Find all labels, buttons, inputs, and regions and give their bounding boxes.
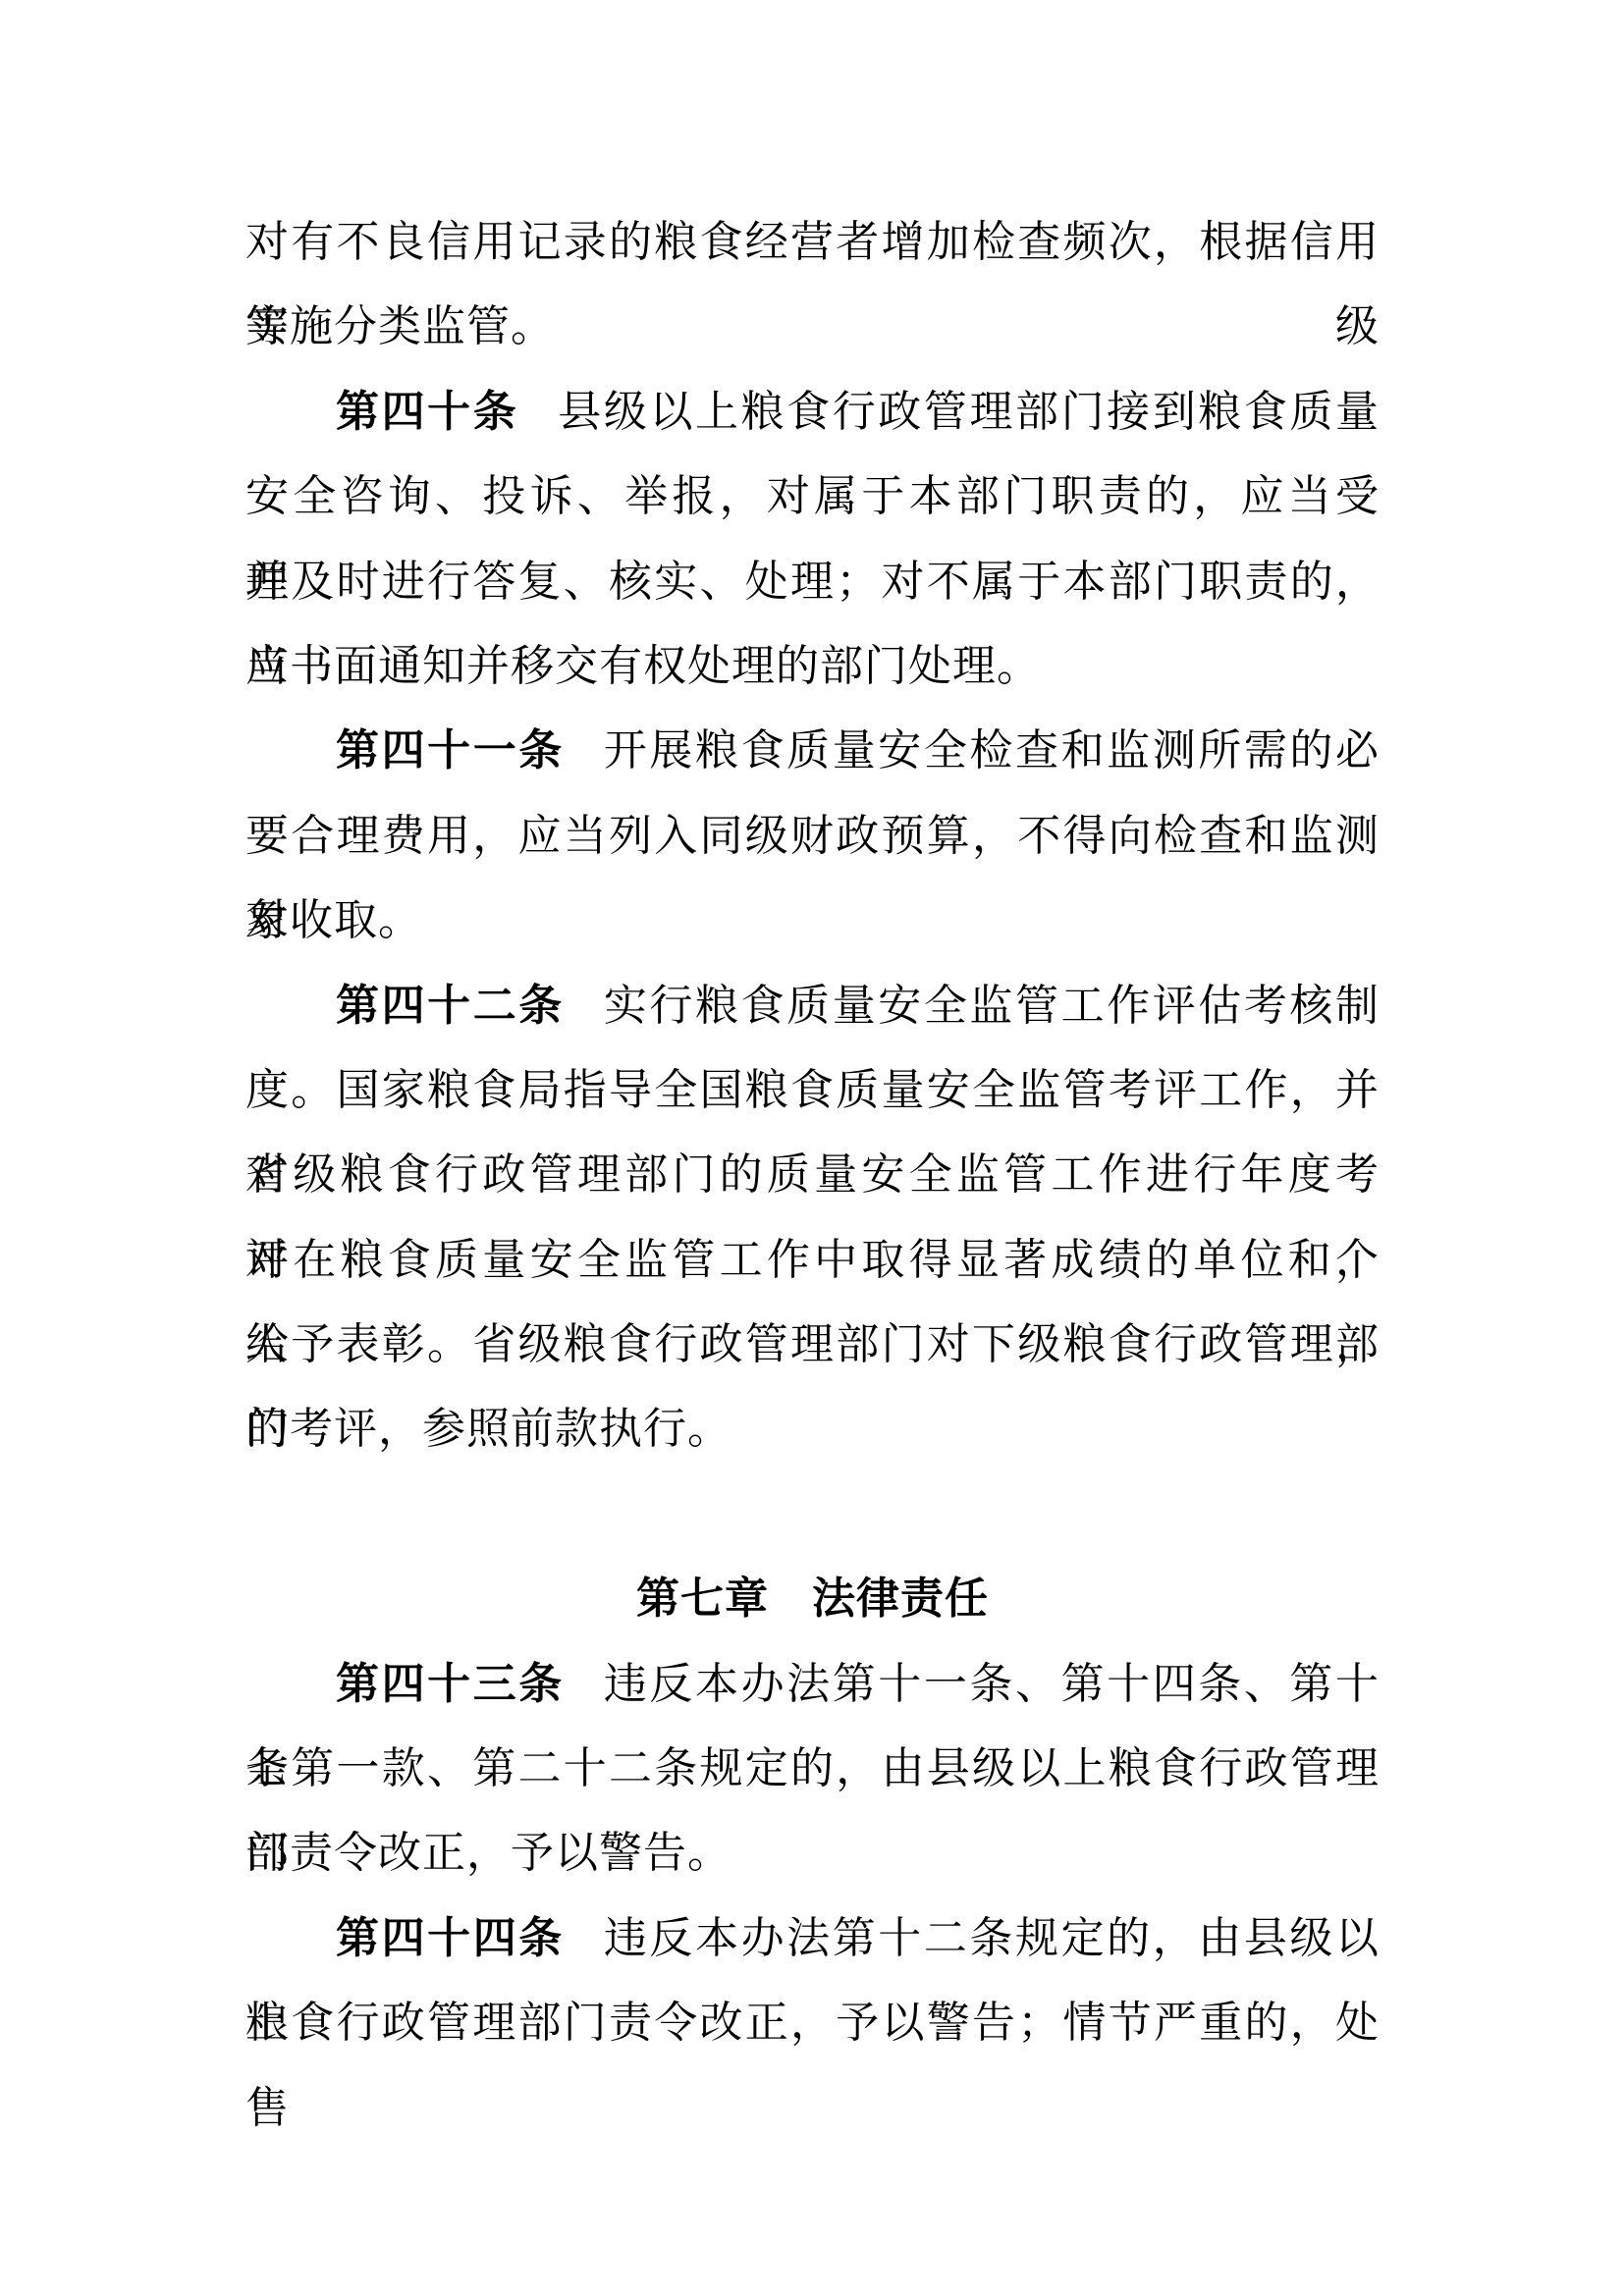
text-line: 第四十条县级以上粮食行政管理部门接到粮食质量 bbox=[245, 370, 1380, 454]
text-line: 条第一款、第二十二条规定的，由县级以上粮食行政管理部 bbox=[245, 1727, 1380, 1811]
text-line: 要合理费用，应当列入同级财政预算，不得向检查和监测对 bbox=[245, 794, 1380, 879]
article-number: 第四十二条 bbox=[336, 982, 565, 1030]
text-line: 省级粮食行政管理部门的质量安全监管工作进行年度考评， bbox=[245, 1133, 1380, 1217]
text-line: 给予表彰。省级粮食行政管理部门对下级粮食行政管理部门 bbox=[245, 1303, 1380, 1387]
text-line: 象收取。 bbox=[245, 879, 1380, 963]
text-line: 安全咨询、投诉、举报，对属于本部门职责的，应当受理， bbox=[245, 454, 1380, 539]
line-text: 县级以上粮食行政管理部门接到粮食质量 bbox=[558, 388, 1380, 436]
text-line: 粮食行政管理部门责令改正，予以警告；情节严重的，处售 bbox=[245, 1981, 1380, 2065]
text-line: 度。国家粮食局指导全国粮食质量安全监管考评工作，并对 bbox=[245, 1048, 1380, 1133]
document-body: 对有不良信用记录的粮食经营者增加检查频次，根据信用等级实施分类监管。第四十条县级… bbox=[245, 200, 1380, 2066]
text-line: 的考评，参照前款执行。 bbox=[245, 1387, 1380, 1471]
document-page: 对有不良信用记录的粮食经营者增加检查频次，根据信用等级实施分类监管。第四十条县级… bbox=[0, 0, 1624, 2296]
article-number: 第四十四条 bbox=[336, 1914, 565, 1962]
article-number: 第四十条 bbox=[336, 388, 518, 436]
article-number: 第四十三条 bbox=[336, 1660, 565, 1708]
line-text: 实行粮食质量安全监管工作评估考核制 bbox=[604, 982, 1380, 1030]
chapter-number: 第七章 bbox=[636, 1575, 769, 1623]
chapter-title: 法律责任 bbox=[812, 1575, 989, 1623]
text-line: 第四十四条违反本办法第十二条规定的，由县级以上 bbox=[245, 1896, 1380, 1981]
text-line: 对有不良信用记录的粮食经营者增加检查频次，根据信用等级 bbox=[245, 200, 1380, 285]
text-line: 第四十二条实行粮食质量安全监管工作评估考核制 bbox=[245, 964, 1380, 1048]
text-line: 当书面通知并移交有权处理的部门处理。 bbox=[245, 624, 1380, 709]
line-text: 开展粮食质量安全检查和监测所需的必 bbox=[604, 726, 1380, 774]
text-line: 第四十一条开展粮食质量安全检查和监测所需的必 bbox=[245, 709, 1380, 793]
text-line: 第四十三条违反本办法第十一条、第十四条、第十七 bbox=[245, 1642, 1380, 1727]
article-number: 第四十一条 bbox=[336, 726, 565, 774]
blank-line bbox=[245, 1472, 1380, 1557]
text-line: 门责令改正，予以警告。 bbox=[245, 1811, 1380, 1896]
chapter-heading: 第七章法律责任 bbox=[245, 1557, 1380, 1641]
text-line: 并及时进行答复、核实、处理；对不属于本部门职责的，应 bbox=[245, 540, 1380, 624]
text-line: 对在粮食质量安全监管工作中取得显著成绩的单位和个人， bbox=[245, 1218, 1380, 1303]
